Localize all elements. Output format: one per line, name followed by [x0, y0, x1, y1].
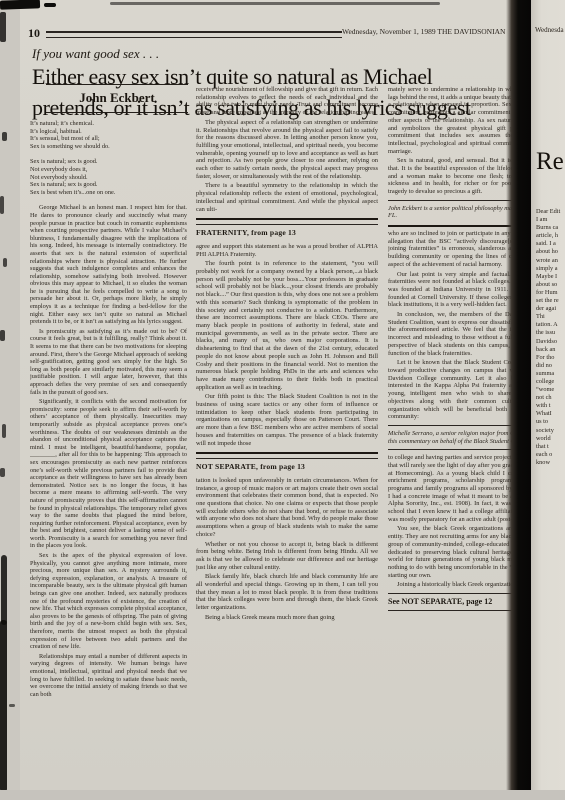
jump-rule [388, 593, 514, 594]
scan-artifact [3, 258, 7, 267]
scan-artifact [0, 330, 5, 341]
body-paragraph: Sex is the apex of the physical expressi… [30, 552, 187, 651]
header-rule [46, 31, 342, 38]
column-2: receive the nourishment of fellowship an… [196, 86, 378, 792]
section-rule [196, 458, 378, 459]
body-paragraph: Relationships may entail a number of dif… [30, 653, 187, 699]
adjacent-dateline: Wednesda [535, 26, 564, 34]
body-paragraph: Is promiscuity as satisfying as it’s mad… [30, 328, 187, 396]
eckbert-credit: John Eckbert is a senior political philo… [388, 205, 514, 220]
body-paragraph: who are so inclined to join or participa… [388, 230, 514, 269]
poem-stanza-1: It’s natural; it’s chemical. It’s logica… [30, 120, 187, 150]
column-1: It’s natural; it’s chemical. It’s logica… [30, 120, 187, 792]
body-paragraph: You see, the black Greek organizations a… [388, 525, 514, 579]
body-paragraph: Let it be known that the Black Student C… [388, 359, 514, 421]
page-fold-shadow [506, 0, 531, 800]
body-paragraph: receive the nourishment of fellowship an… [196, 86, 378, 117]
jump-rule [388, 610, 514, 611]
scan-artifact [0, 468, 5, 477]
body-paragraph: agree and support this statement as he w… [196, 243, 378, 258]
jump-line: See NOT SEPARATE, page 12 [388, 598, 514, 606]
body-paragraph: Our last point is very simple and factua… [388, 271, 514, 310]
scan-artifact [0, 620, 7, 792]
body-paragraph: tation is looked upon unfavorably in cer… [196, 477, 378, 539]
newspaper-page: 10 Wednesday, November 1, 1989 THE DAVID… [20, 0, 514, 792]
scan-artifact [2, 132, 7, 141]
adjacent-headline-fragment: Re [536, 148, 564, 176]
page-number: 10 [28, 26, 40, 41]
credit-rule [388, 200, 514, 201]
scan-artifact [0, 12, 6, 42]
fraternity-jump-header: FRATERNITY, from page 13 [196, 229, 378, 237]
section-rule [196, 452, 378, 454]
serrano-credit: Michelle Serrano, a senior religion majo… [388, 430, 514, 445]
scan-artifact [0, 196, 4, 214]
scan-artifact [44, 3, 56, 7]
poem-stanza-2: Sex is natural; sex is good. Not everybo… [30, 158, 187, 196]
column-3: mately serve to undermine a relationship… [388, 86, 514, 792]
body-paragraph: In conclusion, we, the members of the Da… [388, 311, 514, 357]
body-paragraph: Black family life, black church life and… [196, 573, 378, 612]
body-paragraph: The physical aspect of a relationship ca… [196, 119, 378, 181]
body-paragraph: Whether or not you choose to accept it, … [196, 541, 378, 572]
notseparate-jump-header: NOT SEPARATE, from page 13 [196, 463, 378, 471]
body-paragraph: The fourth point is in reference to the … [196, 260, 378, 391]
scan-bottom-edge [0, 790, 565, 800]
adjacent-page-edge: Wednesda Re Dear Edit I am Burns ca arti… [531, 0, 565, 800]
credit-rule [388, 449, 514, 450]
body-paragraph: Being a black Greek means much more than… [196, 614, 378, 622]
body-paragraph: mately serve to undermine a relationship… [388, 86, 514, 155]
byline-box: John Eckbert [46, 84, 188, 113]
body-paragraph: George Michael is an honest man. I respe… [30, 204, 187, 326]
kicker: If you want good sex . . . [32, 46, 159, 62]
body-paragraph: Our fifth point is this: The Black Stude… [196, 393, 378, 447]
scan-artifact [2, 424, 6, 438]
byline: John Eckbert [79, 90, 154, 105]
body-paragraph: Sex is natural, good, and sensual. But i… [388, 157, 514, 196]
section-rule [388, 225, 514, 227]
scan-artifact [9, 704, 15, 707]
scan-artifact [110, 2, 440, 5]
section-rule [196, 218, 378, 220]
body-paragraph: There is a beautiful symmetry to the rel… [196, 182, 378, 213]
scan-artifact [1, 555, 7, 625]
scan-artifact [0, 0, 40, 10]
body-paragraph: to college and having parties and servic… [388, 454, 514, 523]
adjacent-text-fragments: Dear Edit I am Burns ca article, h said.… [536, 208, 565, 467]
body-paragraph: Joining a historically black Greek organ… [388, 581, 514, 589]
dateline: Wednesday, November 1, 1989 THE DAVIDSON… [342, 27, 512, 36]
section-rule [196, 224, 378, 225]
credit-rule [388, 425, 514, 426]
body-paragraph: Significantly, it conflicts with the sec… [30, 398, 187, 550]
